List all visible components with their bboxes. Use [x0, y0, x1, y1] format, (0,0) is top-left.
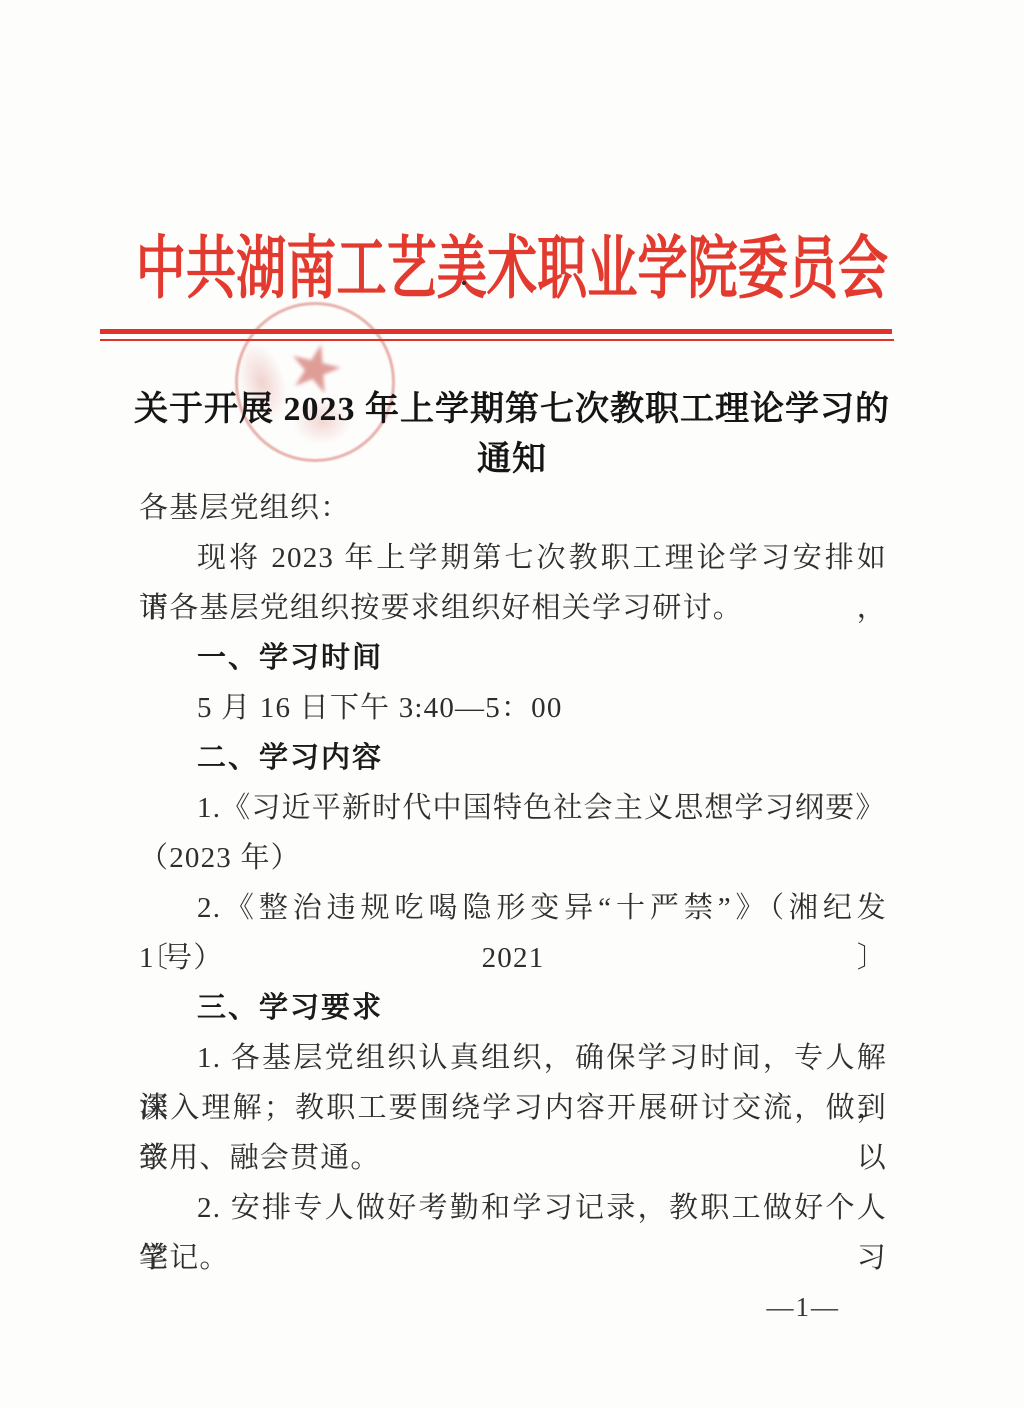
letterhead-org-title-text: 中共湖南工艺美术职业学院委员会 [136, 228, 888, 311]
red-separator-line-thick [100, 329, 892, 334]
document-title: 关于开展 2023 年上学期第七次教职工理论学习的 通知 [0, 385, 1024, 485]
body-line: 一、学习时间 [139, 633, 887, 683]
body-line: 各基层党组织： [139, 483, 887, 533]
letterhead-org-title: 中共湖南工艺美术职业学院委员会 [0, 230, 1024, 310]
body-line: 5 月 16 日下午 3:40—5：00 [139, 683, 887, 733]
scan-dot-artifact [462, 281, 466, 285]
red-separator-line-thin [100, 339, 894, 341]
document-body: 各基层党组织：现将 2023 年上学期第七次教职工理论学习安排如下，请各基层党组… [139, 483, 887, 1283]
body-line: 2. 安排专人做好考勤和学习记录，教职工做好个人学习 [139, 1183, 887, 1233]
body-line: 二、学习内容 [139, 733, 887, 783]
body-line: 现将 2023 年上学期第七次教职工理论学习安排如下， [139, 533, 887, 583]
body-line: （2023 年） [139, 833, 887, 883]
body-line: 三、学习要求 [139, 983, 887, 1033]
body-line: 1.《习近平新时代中国特色社会主义思想学习纲要》 [139, 783, 887, 833]
body-line: 1. 各基层党组织认真组织，确保学习时间，专人解读， [139, 1033, 887, 1083]
body-line: 深入理解；教职工要围绕学习内容开展研讨交流，做到学以 [139, 1083, 887, 1133]
document-title-line2: 通知 [0, 435, 1024, 485]
scanned-document-page: 中共湖南工艺美术职业学院委员会 ★ 关于开展 2023 年上学期第七次教职工理论… [0, 0, 1024, 1408]
document-title-line1: 关于开展 2023 年上学期第七次教职工理论学习的 [0, 385, 1024, 435]
page-number: —1— [767, 1292, 841, 1323]
body-line: 2.《整治违规吃喝隐形变异“十严禁”》（湘纪发〔2021〕 [139, 883, 887, 933]
